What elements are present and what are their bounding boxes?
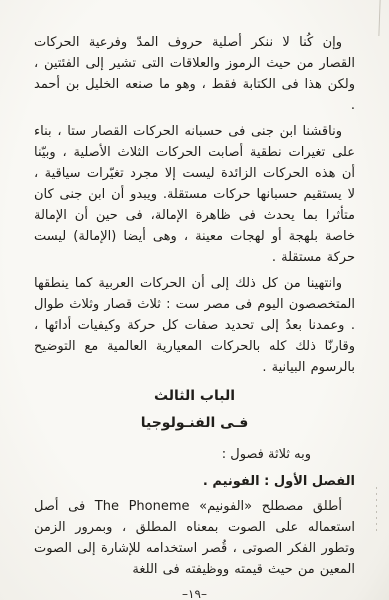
book-page: وإن كُنا لا ننكر أصلية حروف المدّ وفرعية… <box>0 0 389 600</box>
paragraph-phoneme-term: أطلق مصطلح «الفونيم» The Phoneme فى أصل … <box>34 496 355 580</box>
paragraph-conclusion-six-vowels: وانتهينا من كل ذلك إلى أن الحركات العربي… <box>34 273 355 378</box>
chapters-note: وبه ثلاثة فصول : <box>34 444 355 465</box>
scan-edge-artifact-top <box>378 0 380 36</box>
paragraph-symbols-writing: وإن كُنا لا ننكر أصلية حروف المدّ وفرعية… <box>34 32 355 116</box>
page-number: –١٩– <box>34 587 355 600</box>
part-heading: الباب الثالث <box>34 386 355 407</box>
chapter-one-heading: الفصل الأول : الفونيم . <box>34 471 355 492</box>
part-subheading-phonology: فـى الفنـولوجيا <box>34 413 355 434</box>
paragraph-ibn-jinni-discussion: وناقشنا ابن جنى فى حسبانه الحركات القصار… <box>34 121 355 268</box>
scan-edge-artifact-dots <box>376 487 377 535</box>
